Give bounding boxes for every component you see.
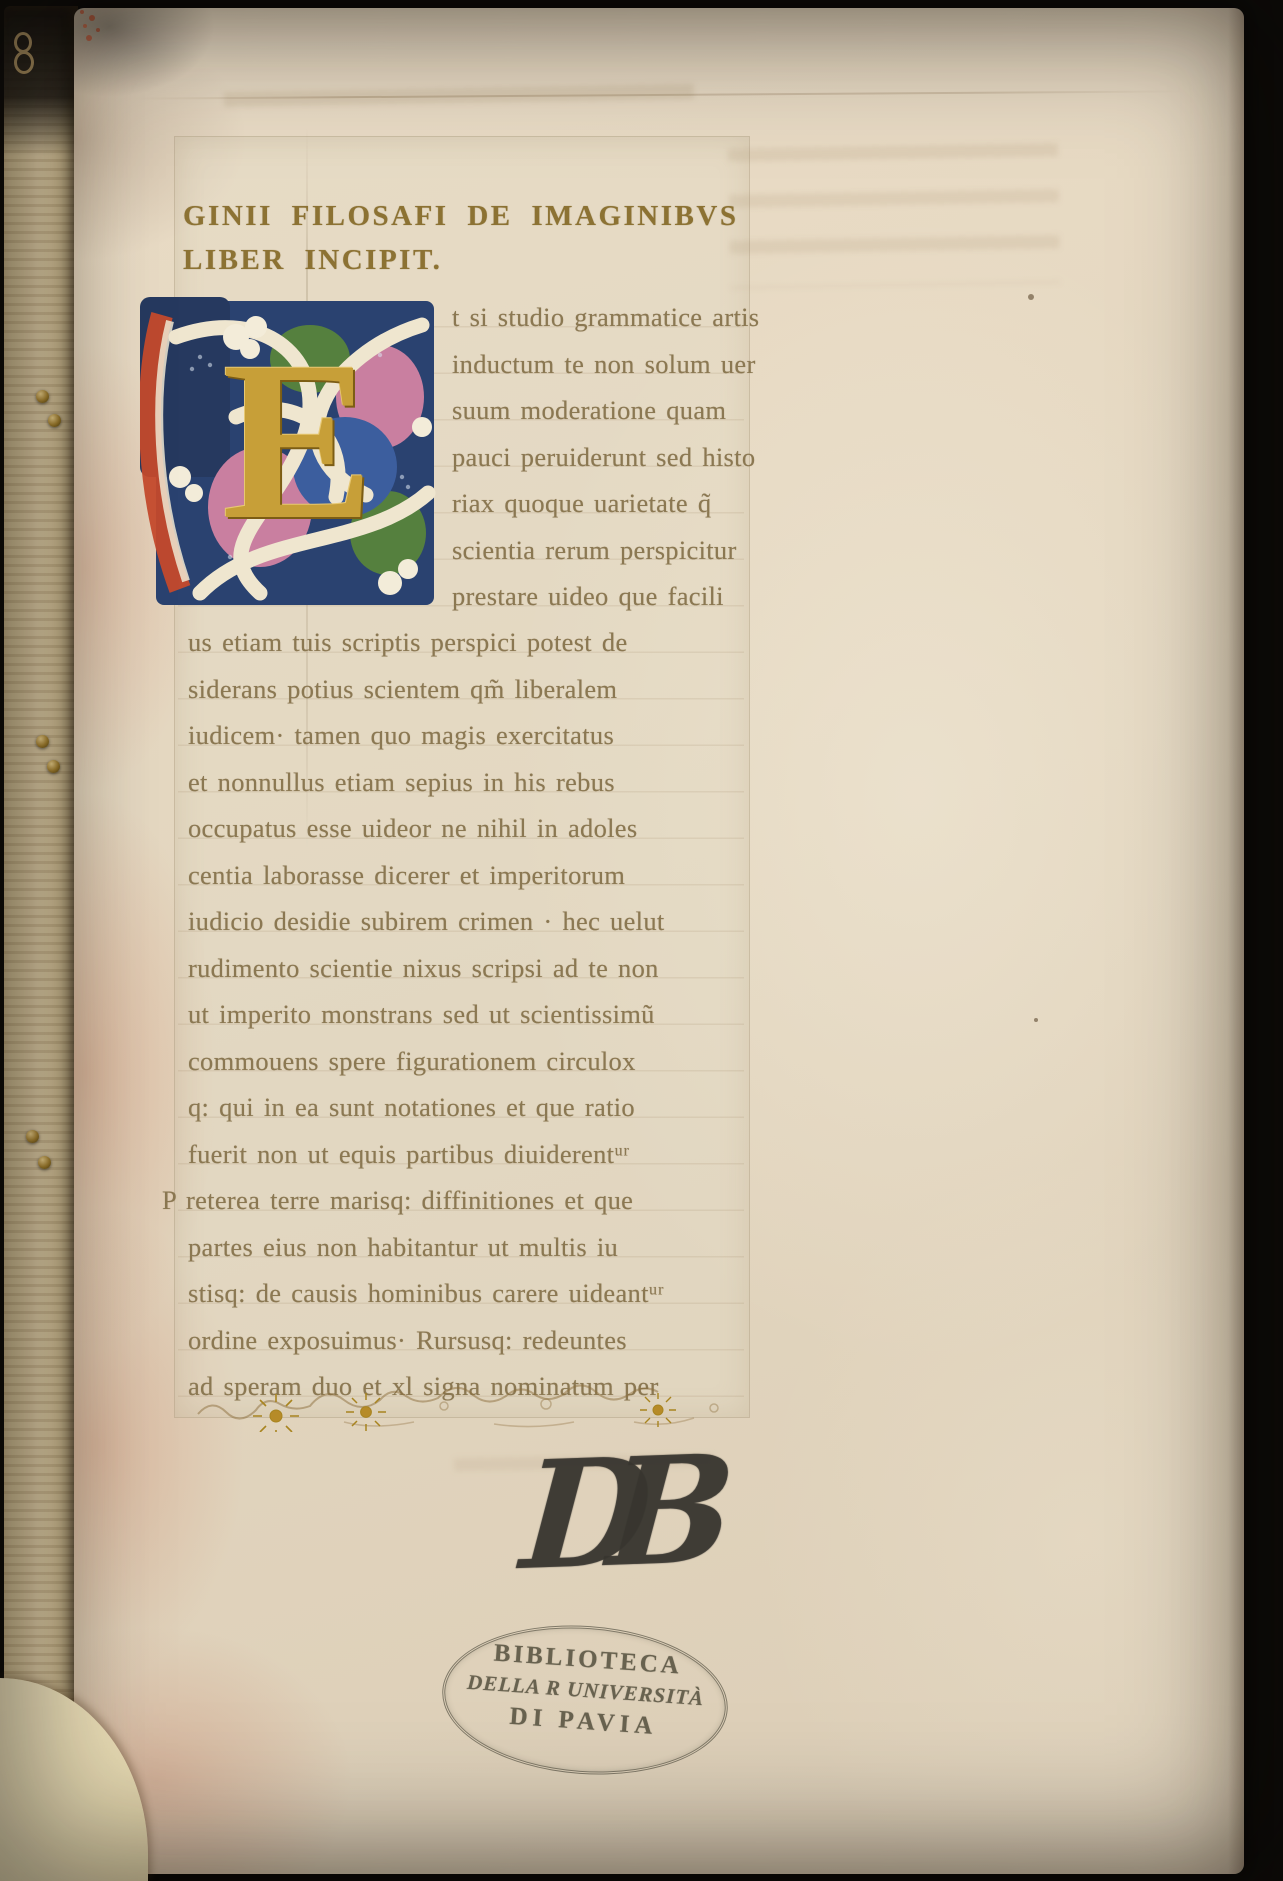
manuscript-scan: { "manuscript": { "heading_line1": "GINI… <box>0 0 1283 1881</box>
ownership-monogram: DB <box>515 1421 808 1621</box>
gold-boss <box>48 414 61 427</box>
manuscript-text-line: riax quoque uarietate q̃ <box>452 480 759 527</box>
manuscript-text-line: rudimento scientie nixus scripsi ad te n… <box>188 945 665 992</box>
manuscript-text-line: P reterea terre marisq: diffinitiones et… <box>188 1177 665 1224</box>
manuscript-text-line: ut imperito monstrans sed ut scientissim… <box>188 991 665 1038</box>
manuscript-text-line: centia laborasse dicerer et imperitorum <box>188 852 665 899</box>
red-pigment-speckles <box>80 10 84 14</box>
ink-speck <box>1028 294 1034 300</box>
manuscript-text-line: fuerit non ut equis partibus diuiderentᵘ… <box>188 1131 665 1178</box>
manuscript-text-line: pauci peruiderunt sed histo <box>452 434 759 481</box>
show-through-text <box>728 143 1060 289</box>
gold-boss <box>47 760 60 773</box>
ink-speck <box>1034 1018 1038 1022</box>
sun-flourish-icon <box>346 1393 386 1431</box>
illuminated-initial: E <box>140 297 438 609</box>
sun-flourish-icon <box>640 1393 676 1427</box>
manuscript-text-line: siderans potius scientem qm̃ liberalem <box>188 666 665 713</box>
manuscript-text-line: scientia rerum perspicitur <box>452 527 759 574</box>
manuscript-text-line: iudicem· tamen quo magis exercitatus <box>188 712 665 759</box>
sun-flourish-icon <box>253 1394 299 1432</box>
text-block-full: us etiam tuis scriptis perspici potest d… <box>188 619 665 1410</box>
heading-line-2: LIBER INCIPIT. <box>183 244 442 277</box>
initial-letter: E <box>198 311 398 571</box>
manuscript-text-line: inductum te non solum uer <box>452 341 759 388</box>
manuscript-text-line: partes eius non habitantur ut multis iu <box>188 1224 665 1271</box>
text-block-indented: t si studio grammatice artis inductum te… <box>452 294 759 620</box>
manuscript-text-line: stisq: de causis hominibus carere uidean… <box>188 1270 665 1317</box>
gold-boss <box>36 390 49 403</box>
manuscript-text-line: prestare uideo que facili <box>452 573 759 620</box>
heading-line-1: GINII FILOSAFI DE IMAGINIBVS <box>183 200 738 233</box>
manuscript-text-line: occupatus esse uideor ne nihil in adoles <box>188 805 665 852</box>
library-stamp: BIBLIOTECA DELLA R UNIVERSITÀ DI PAVIA <box>437 1616 733 1784</box>
manuscript-page: GINII FILOSAFI DE IMAGINIBVS LIBER INCIP… <box>74 8 1244 1874</box>
gold-boss <box>36 735 49 748</box>
book-fore-edge <box>4 6 78 1875</box>
manuscript-text-line: t si studio grammatice artis <box>452 294 759 341</box>
edge-scribble-mark <box>14 32 32 72</box>
gold-boss <box>26 1130 39 1143</box>
page-edge-shadow <box>1228 8 1244 1874</box>
manuscript-text-line: et nonnullus etiam sepius in his rebus <box>188 759 665 806</box>
gold-boss <box>38 1156 51 1169</box>
manuscript-text-line: q: qui in ea sunt notationes et que rati… <box>188 1084 665 1131</box>
page-fold-line <box>134 90 1184 99</box>
manuscript-text-line: suum moderatione quam <box>452 387 759 434</box>
manuscript-text-line: us etiam tuis scriptis perspici potest d… <box>188 619 665 666</box>
manuscript-text-line: iudicio desidie subirem crimen · hec uel… <box>188 898 665 945</box>
manuscript-text-line: ordine exposuimus· Rursusq: redeuntes <box>188 1317 665 1364</box>
manuscript-text-line: commouens spere figurationem circulox <box>188 1038 665 1085</box>
